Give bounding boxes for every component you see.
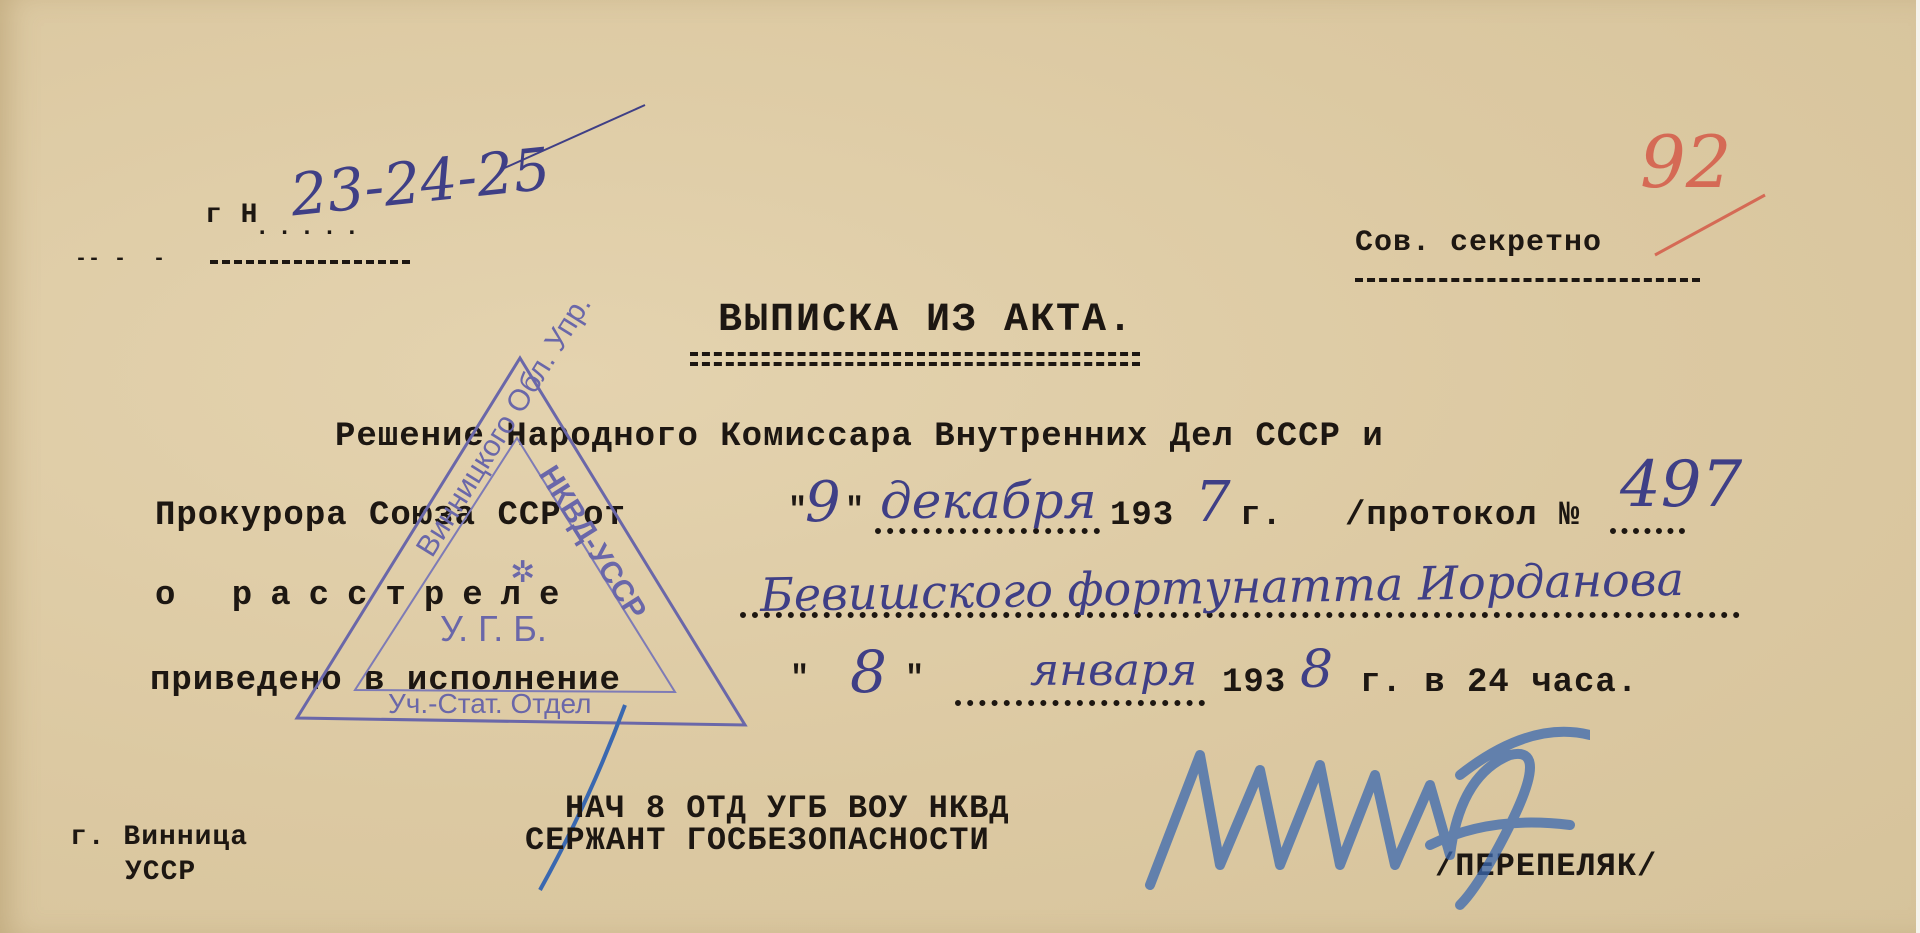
signature: [1130, 715, 1590, 915]
classification-label: Сов. секретно: [1355, 226, 1602, 260]
red-pencil-stroke: [1650, 190, 1770, 260]
protocol-dots: [1610, 528, 1685, 534]
execution-month: января: [1030, 645, 1197, 696]
document-paper: г Н ..... 23-24-25 92 Сов. секретно ВЫПИ…: [0, 0, 1916, 933]
ref-prefix: г Н: [205, 200, 258, 231]
classification-underline: [1355, 278, 1700, 282]
protocol-label: /протокол №: [1345, 497, 1580, 535]
place-line-2: УССР: [125, 857, 196, 888]
decision-month: декабря: [880, 472, 1097, 530]
decision-year-suffix: 7: [1195, 470, 1231, 535]
quote-close: ": [845, 492, 865, 529]
decision-year-prefix: 193: [1110, 497, 1174, 535]
pen-stroke: [500, 100, 650, 180]
title-underline-1: [690, 352, 1140, 356]
document-title: ВЫПИСКА ИЗ АКТА.: [718, 298, 1134, 343]
margin-dashes: -- - -: [75, 248, 166, 271]
ref-underline: [210, 260, 410, 264]
quote-open-2: ": [790, 660, 810, 697]
signatory-title-2: СЕРЖАНТ ГОСБЕЗОПАСНОСТИ: [525, 822, 990, 859]
place-line-1: г. Винница: [70, 822, 248, 853]
stamp-center: У. Г. Б.: [440, 608, 547, 650]
execution-month-dots: [955, 700, 1205, 706]
protocol-number: 497: [1620, 448, 1742, 522]
execution-year-prefix: 193: [1222, 664, 1286, 702]
decision-year-unit: г.: [1240, 497, 1283, 535]
stamp-star-icon: ✲: [510, 555, 535, 590]
quote-close-2: ": [905, 660, 925, 697]
title-underline-2: [690, 362, 1140, 366]
execution-time: г. в 24 часа.: [1360, 664, 1638, 702]
decision-day: 9: [805, 470, 841, 535]
execution-day: 8: [850, 638, 887, 706]
execution-year-suffix: 8: [1300, 640, 1333, 700]
